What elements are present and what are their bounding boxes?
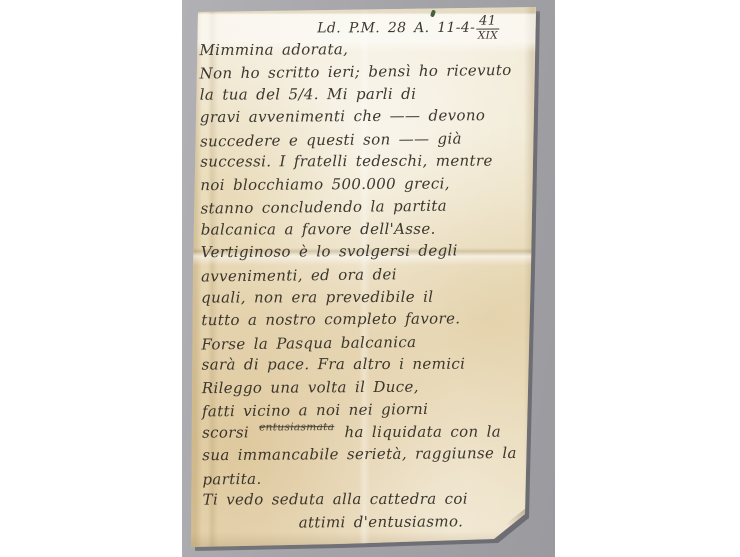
- struck-out-word: entusiasmata: [259, 416, 334, 439]
- letter-line: quali, non era prevedibile il: [201, 285, 533, 309]
- letter-body: Ld. P.M. 28 A. 11-4-41XIXMimmina adorata…: [199, 14, 535, 535]
- letter-line: sua immancabile serietà, raggiunse la: [202, 442, 534, 467]
- letter-line: sarà di pace. Fra altro i nemici: [202, 353, 534, 377]
- letter-line: Rileggo una volta il Duce,: [202, 375, 534, 400]
- letter-line: attimi d'entusiasmo.: [203, 510, 535, 535]
- letter-line: Ld. P.M. 28 A. 11-4-41XIX: [199, 14, 531, 38]
- letter-line: Ti vedo seduta alla cattedra coi: [203, 488, 535, 512]
- letter-line: la tua del 5/4. Mi parli di: [200, 82, 532, 106]
- letter-line: balcanica a favore dell'Asse.: [201, 217, 533, 241]
- letter-line: successi. I fratelli tedeschi, mentre: [200, 150, 532, 174]
- letter-line: avvenimenti, ed ora dei: [201, 262, 533, 288]
- date-year-fraction: 41XIX: [476, 15, 499, 42]
- letter-line: Non ho scritto ieri; bensì ho ricevuto: [199, 59, 531, 85]
- letter-line: scorsi entusiasmata ha liquidata con la: [202, 420, 534, 444]
- letter-line: fatti vicino a noi nei giorni: [202, 397, 534, 423]
- letter-photograph: Ld. P.M. 28 A. 11-4-41XIXMimmina adorata…: [182, 0, 555, 557]
- letter-paper: Ld. P.M. 28 A. 11-4-41XIXMimmina adorata…: [188, 6, 540, 551]
- letter-line: gravi avvenimenti che —— devono: [200, 104, 532, 129]
- letter-line: tutto a nostro completo favore.: [201, 307, 533, 332]
- letter-line: stanno concludendo la partita: [200, 194, 532, 220]
- letter-line: noi blocchiamo 500.000 greci,: [200, 172, 532, 197]
- letter-line: Vertiginoso è lo svolgersi degli: [201, 239, 533, 264]
